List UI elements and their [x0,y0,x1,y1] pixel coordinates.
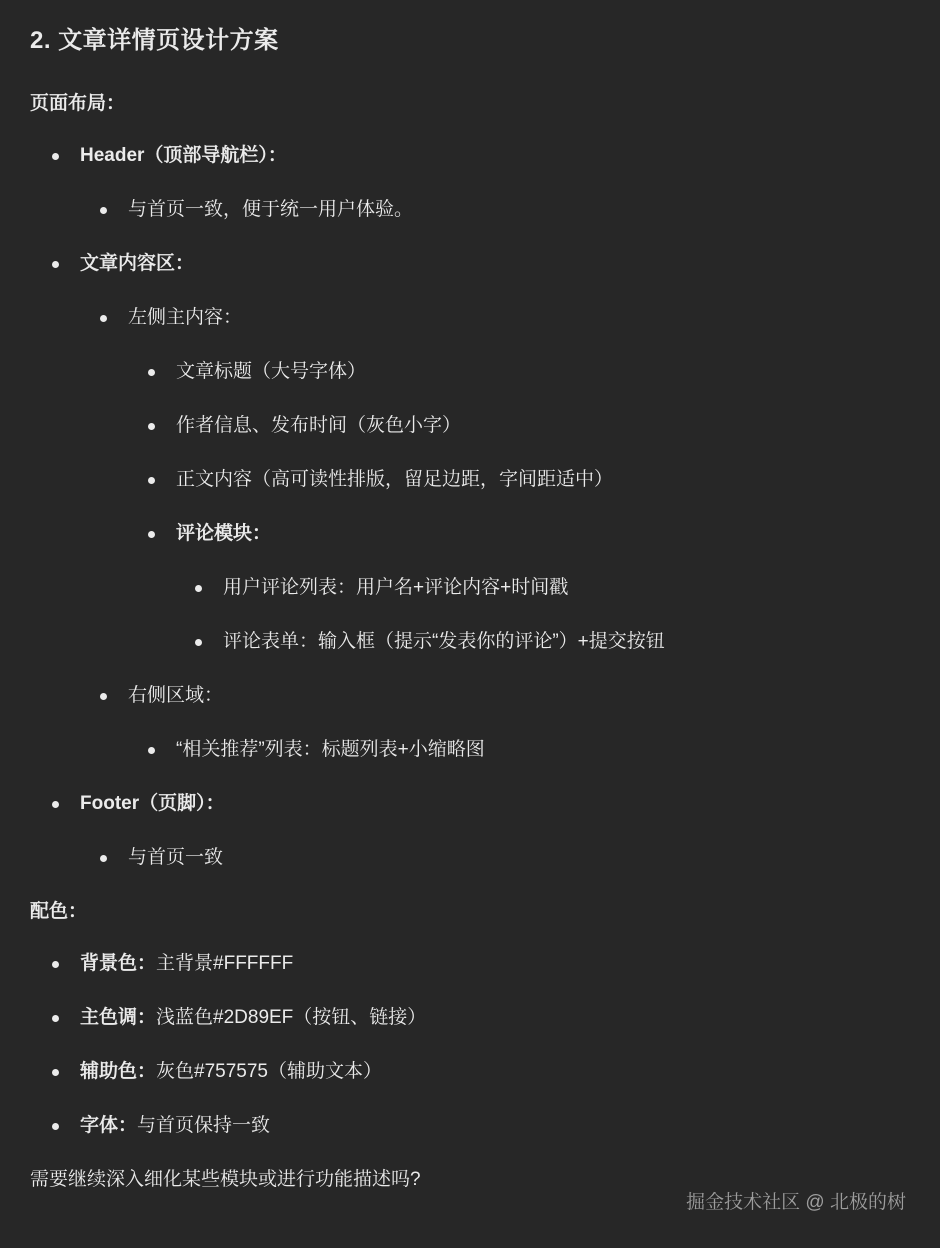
list-item: “相关推荐”列表：标题列表+小缩略图 [30,738,910,762]
list-item-right-area: 右侧区域： [30,684,910,708]
list-item: 与首页一致，便于统一用户体验。 [30,198,910,222]
section-heading: 2. 文章详情页设计方案 [30,26,910,56]
bullet-icon [100,207,107,214]
bullet-icon [100,315,107,322]
bullet-icon [52,1123,59,1130]
layout-section-label: 页面布局： [30,92,910,116]
bullet-icon [195,639,202,646]
colors-section-label: 配色： [30,900,910,924]
watermark: 掘金技术社区 @ 北极的树 [686,1191,906,1215]
list-item-left-main: 左侧主内容： [30,306,910,330]
list-item: 评论表单：输入框（提示“发表你的评论”）+提交按钮 [30,630,910,654]
bullet-icon [148,423,155,430]
closing-question: 需要继续深入细化某些模块或进行功能描述吗? [30,1168,910,1192]
bullet-icon [52,153,59,160]
colors-list: 背景色：主背景#FFFFFF 主色调：浅蓝色#2D89EF（按钮、链接） 辅助色… [30,952,910,1138]
list-item: 正文内容（高可读性排版，留足边距，字间距适中） [30,468,910,492]
list-item-font: 字体：与首页保持一致 [30,1114,910,1138]
bullet-icon [148,369,155,376]
bullet-icon [100,693,107,700]
bullet-icon [52,961,59,968]
list-item-bg-color: 背景色：主背景#FFFFFF [30,952,910,976]
bullet-icon [195,585,202,592]
list-item-primary-color: 主色调：浅蓝色#2D89EF（按钮、链接） [30,1006,910,1030]
bullet-icon [148,531,155,538]
bullet-icon [52,1069,59,1076]
list-item-footer: Footer（页脚）： [30,792,910,816]
list-item: 作者信息、发布时间（灰色小字） [30,414,910,438]
list-item: 文章标题（大号字体） [30,360,910,384]
list-item: 与首页一致 [30,846,910,870]
layout-outline-list: Header（顶部导航栏）： 与首页一致，便于统一用户体验。 文章内容区： 左侧… [30,144,910,870]
bullet-icon [52,1015,59,1022]
list-item-secondary-color: 辅助色：灰色#757575（辅助文本） [30,1060,910,1084]
bullet-icon [148,477,155,484]
list-item-header: Header（顶部导航栏）： [30,144,910,168]
list-item-comments-module: 评论模块： [30,522,910,546]
bullet-icon [52,801,59,808]
list-item: 用户评论列表：用户名+评论内容+时间戳 [30,576,910,600]
bullet-icon [148,747,155,754]
document-page: 2. 文章详情页设计方案 页面布局： Header（顶部导航栏）： 与首页一致，… [0,0,940,1248]
bullet-icon [100,855,107,862]
list-item-content-area: 文章内容区： [30,252,910,276]
bullet-icon [52,261,59,268]
